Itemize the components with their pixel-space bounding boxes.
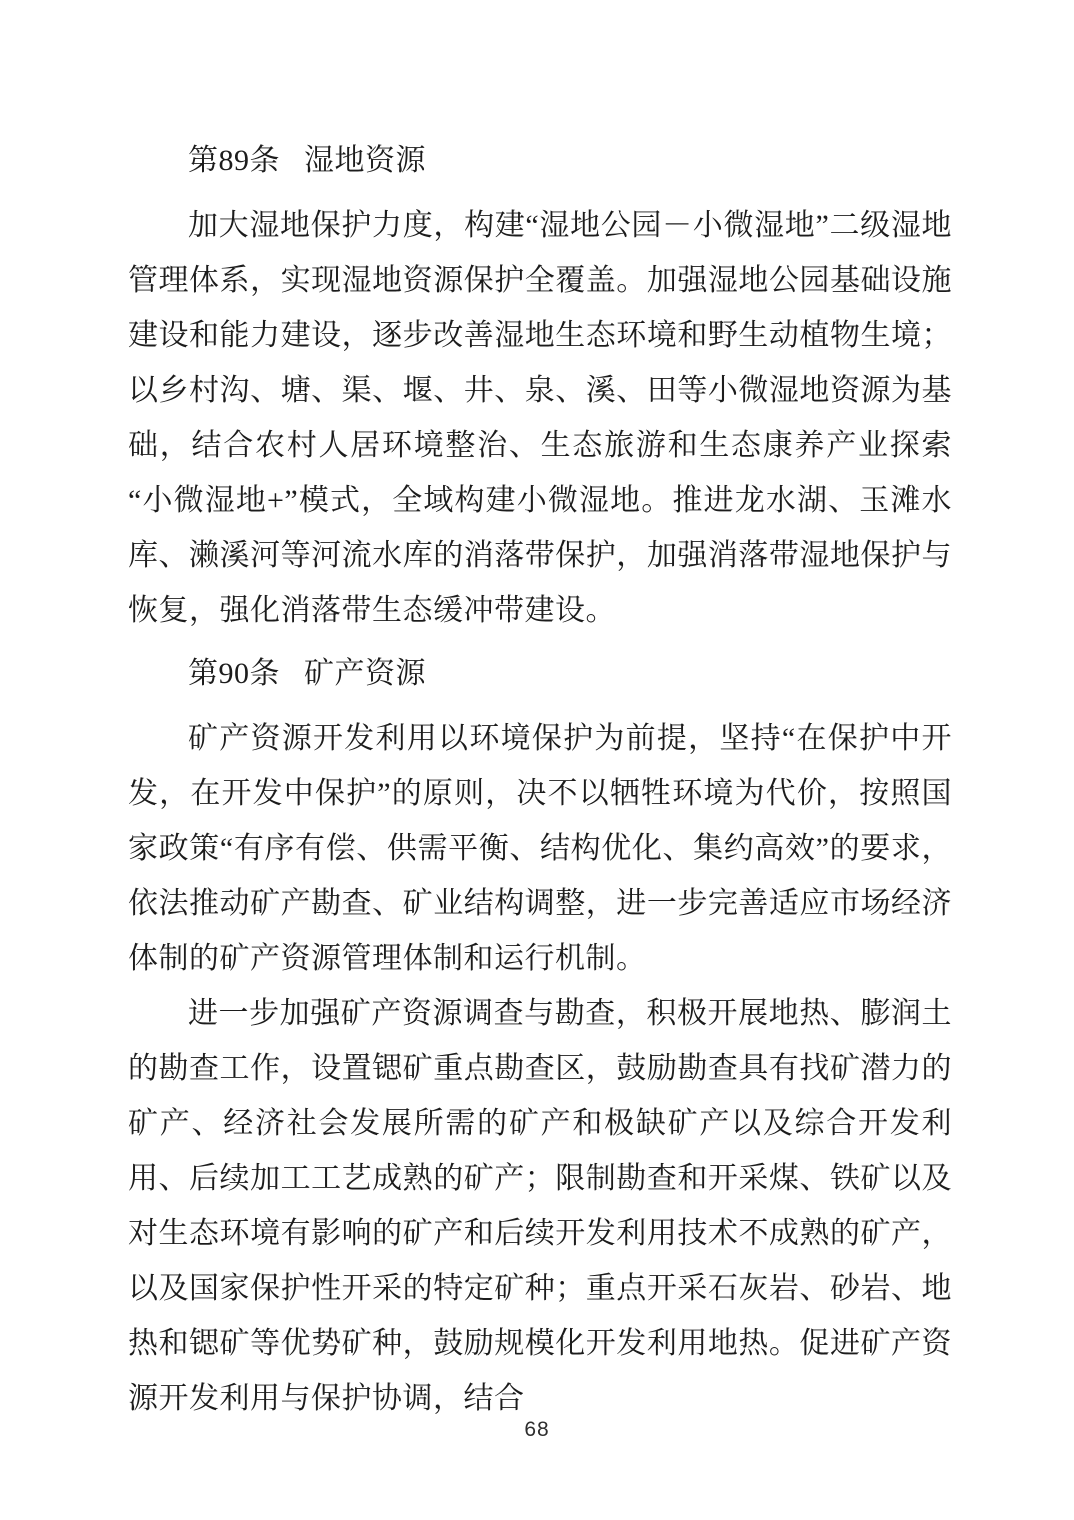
article-90-title: 矿产资源 [304,657,426,690]
page-footer: 68 [0,1418,1074,1442]
document-page: 第89条 湿地资源 加大湿地保护力度，构建“湿地公园－小微湿地”二级湿地管理体系… [0,0,1074,1520]
article-89-number: 第89条 [188,144,280,177]
paragraph-mineral-resources-1: 矿产资源开发利用以环境保护为前提，坚持“在保护中开发，在开发中保护”的原则，决不… [128,711,952,986]
article-89-heading: 第89条 湿地资源 [128,133,952,188]
article-90-heading: 第90条 矿产资源 [128,646,952,701]
document-body: 第89条 湿地资源 加大湿地保护力度，构建“湿地公园－小微湿地”二级湿地管理体系… [128,133,952,1426]
paragraph-mineral-resources-2: 进一步加强矿产资源调查与勘查，积极开展地热、膨润土的勘查工作，设置锶矿重点勘查区… [128,986,952,1426]
article-89-title: 湿地资源 [304,144,426,177]
page-number: 68 [524,1418,549,1441]
paragraph-wetland-resources: 加大湿地保护力度，构建“湿地公园－小微湿地”二级湿地管理体系，实现湿地资源保护全… [128,198,952,638]
article-90-number: 第90条 [188,657,280,690]
